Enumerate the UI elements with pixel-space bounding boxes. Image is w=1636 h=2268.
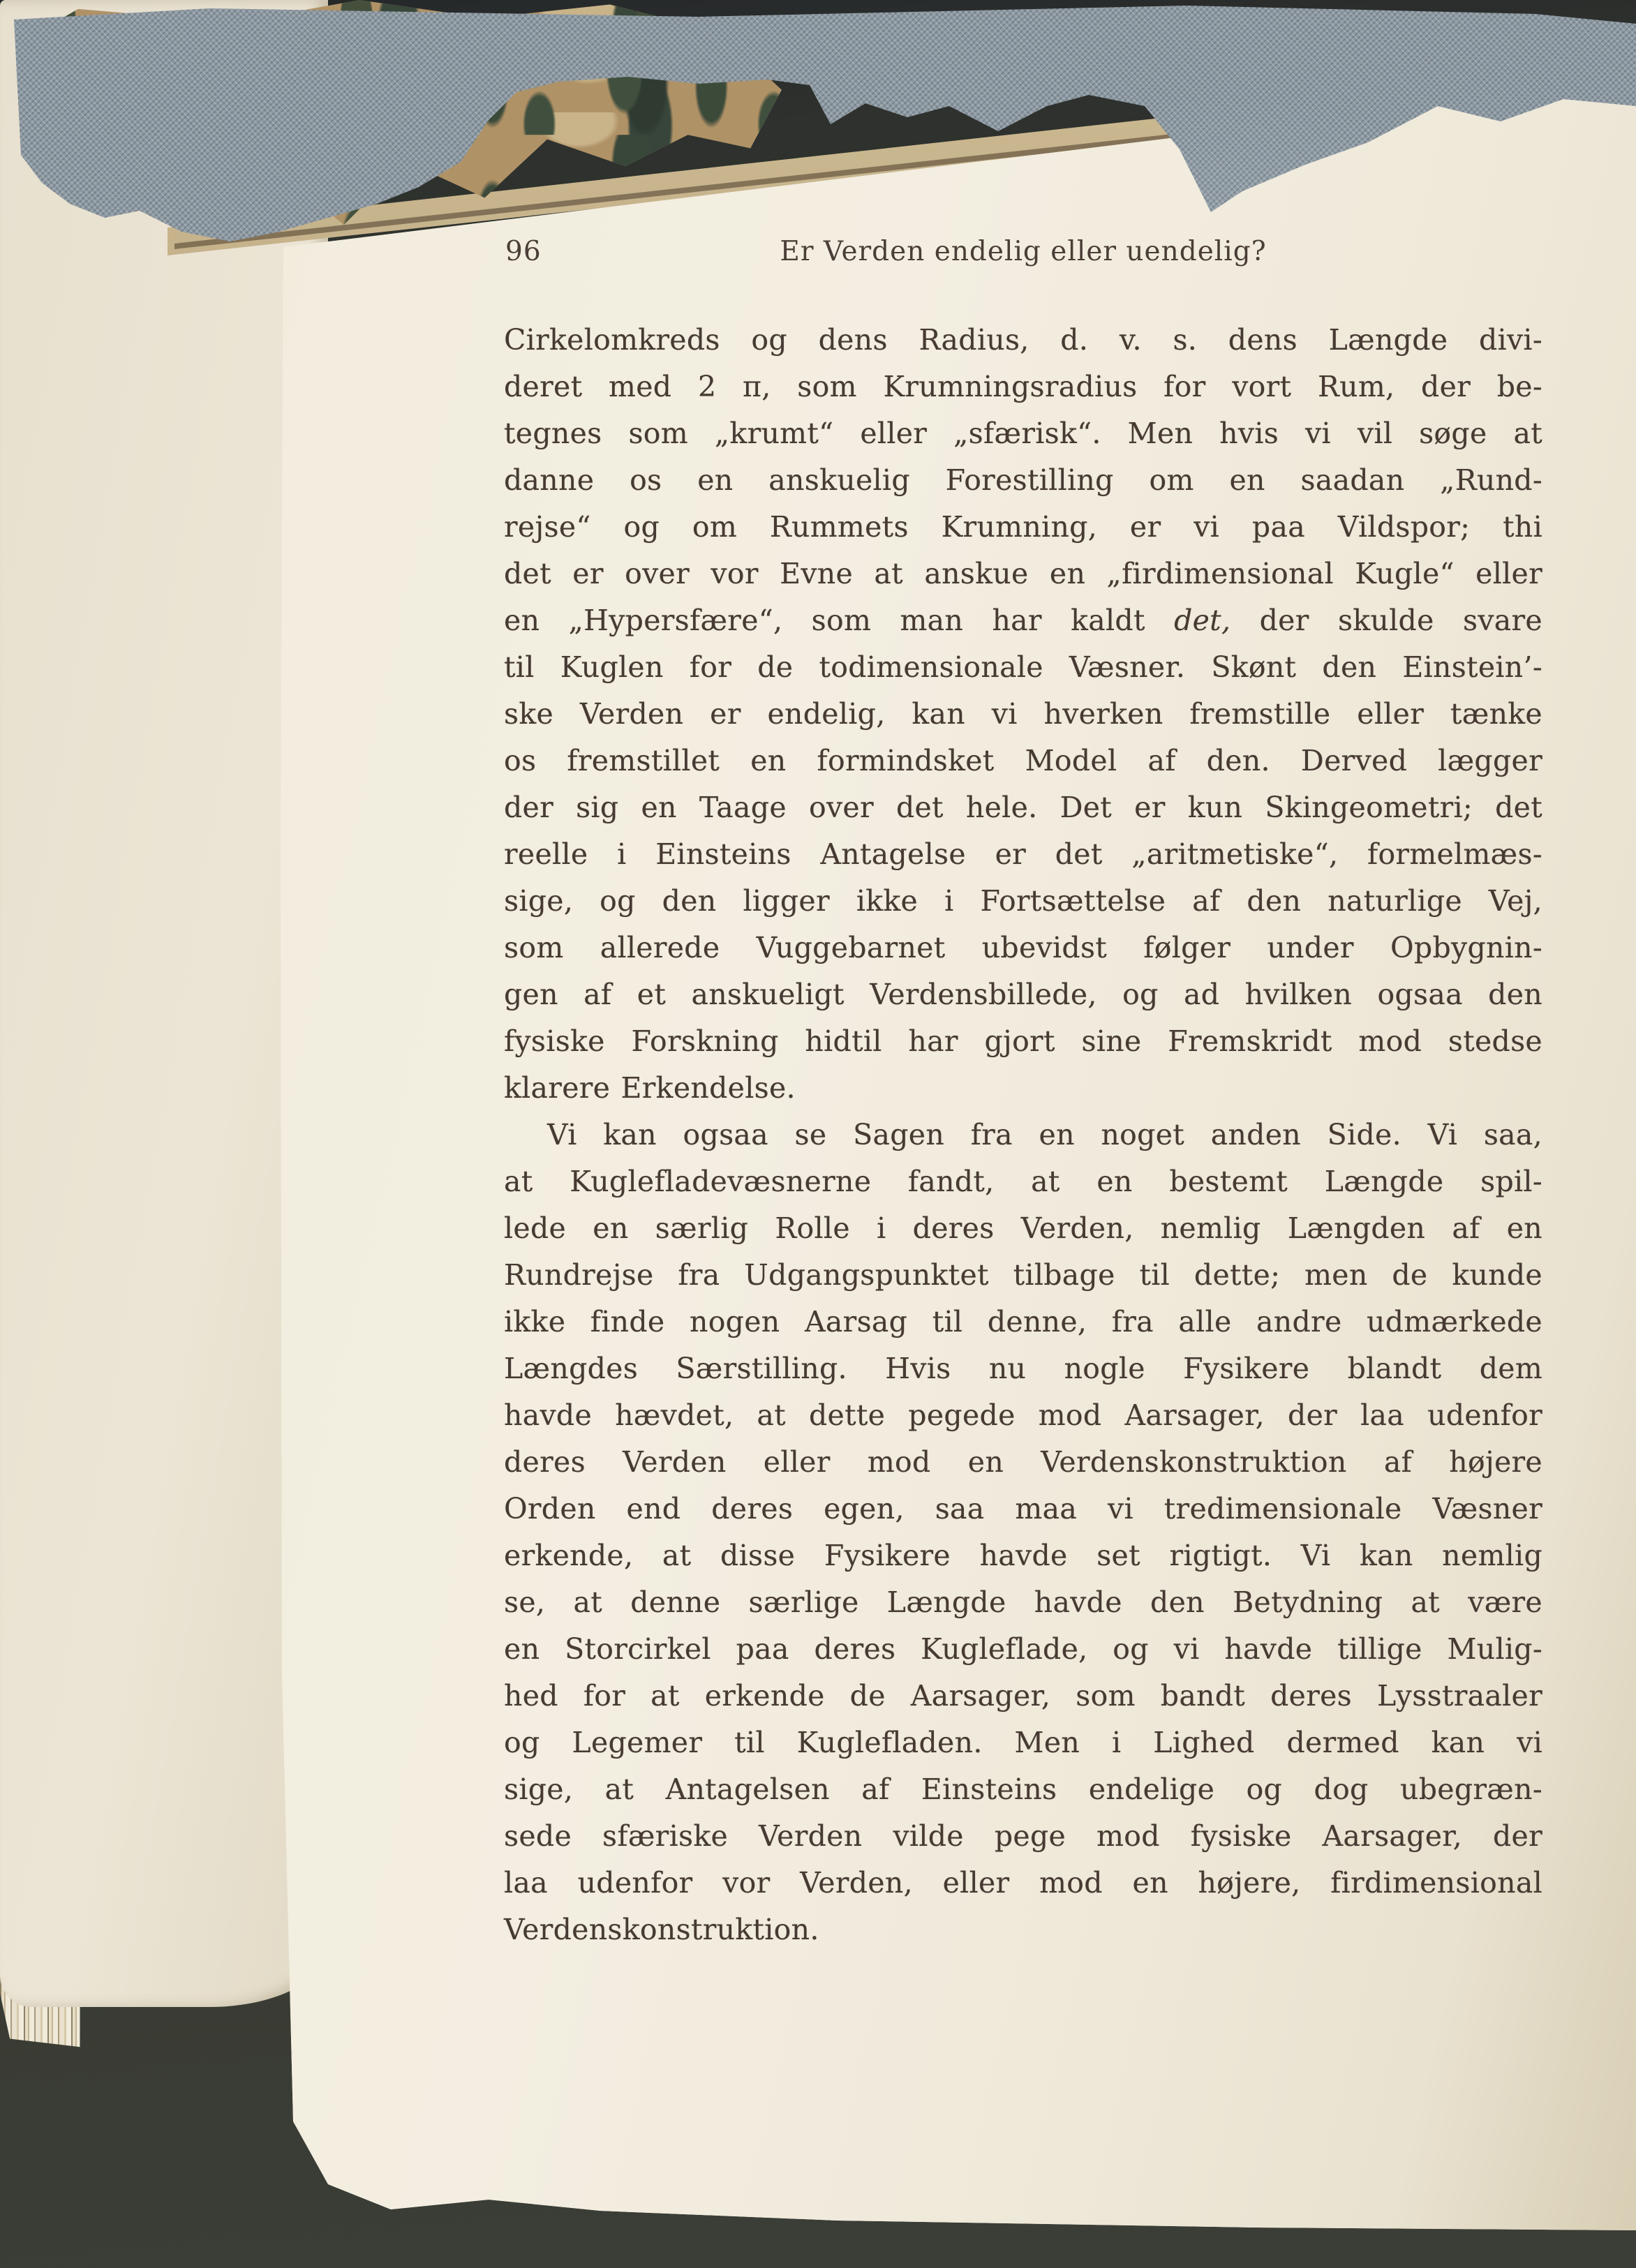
text-line: Verdenskonstruktion. [504,1907,1542,1953]
text-line: hed for at erkende de Aarsager, som band… [504,1673,1542,1719]
text-line: tegnes som „krumt“ eller „sfærisk“. Men … [504,410,1542,457]
text-line: Vi kan ogsaa se Sagen fra en noget anden… [504,1112,1542,1158]
text-line: Orden end deres egen, saa maa vi tredime… [504,1486,1542,1532]
text-line: fysiske Forskning hidtil har gjort sine … [504,1018,1542,1065]
text-line: til Kuglen for de todimensionale Væsner.… [504,644,1542,691]
text-line: en Storcirkel paa deres Kugleflade, og v… [504,1626,1542,1673]
text-line: se, at denne særlige Længde havde den Be… [504,1579,1542,1626]
text-line: danne os en anskuelig Forestilling om en… [504,457,1542,504]
text-line: og Legemer til Kuglefladen. Men i Lighed… [504,1719,1542,1766]
text-line: havde hævdet, at dette pegede mod Aarsag… [504,1392,1542,1439]
text-line: lede en særlig Rolle i deres Verden, nem… [504,1205,1542,1252]
text-line: det er over vor Evne at anskue en „firdi… [504,551,1542,597]
text-line: en „Hypersfære“, som man har kaldt det, … [504,597,1542,644]
text-line: Længdes Særstilling. Hvis nu nogle Fysik… [504,1345,1542,1392]
page-header: 96 Er Verden endelig eller uendelig? [504,235,1542,271]
book-scan: 96 Er Verden endelig eller uendelig? Cir… [0,0,1636,2268]
text-line: Rundrejse fra Udgangspunktet tilbage til… [504,1252,1542,1299]
text-line: os fremstillet en formindsket Model af d… [504,738,1542,784]
text-line: sede sfæriske Verden vilde pege mod fysi… [504,1813,1542,1860]
text-line: ske Verden er endelig, kan vi hverken fr… [504,691,1542,738]
text-line: som allerede Vuggebarnet ubevidst følger… [504,925,1542,971]
text-line: laa udenfor vor Verden, eller mod en høj… [504,1860,1542,1907]
text-line: deret med 2 π, som Krumningsradius for v… [504,364,1542,410]
text-line: at Kuglefladevæsnerne fandt, at en beste… [504,1158,1542,1205]
text-line: sige, og den ligger ikke i Fortsættelse … [504,878,1542,925]
text-line: Cirkelomkreds og dens Radius, d. v. s. d… [504,317,1542,364]
body-text: Cirkelomkreds og dens Radius, d. v. s. d… [504,317,1542,1953]
text-line: deres Verden eller mod en Verdenskonstru… [504,1439,1542,1486]
text-line: reelle i Einsteins Antagelse er det „ari… [504,831,1542,878]
text-line: der sig en Taage over det hele. Det er k… [504,784,1542,831]
text-line: ikke finde nogen Aarsag til denne, fra a… [504,1299,1542,1345]
text-line: rejse“ og om Rummets Krumning, er vi paa… [504,504,1542,551]
text-line: erkende, at disse Fysikere havde set rig… [504,1532,1542,1579]
text-line: gen af et anskueligt Verdensbillede, og … [504,971,1542,1018]
running-title: Er Verden endelig eller uendelig? [504,235,1542,269]
text-line: sige, at Antagelsen af Einsteins endelig… [504,1766,1542,1813]
text-line: klarere Erkendelse. [504,1065,1542,1112]
